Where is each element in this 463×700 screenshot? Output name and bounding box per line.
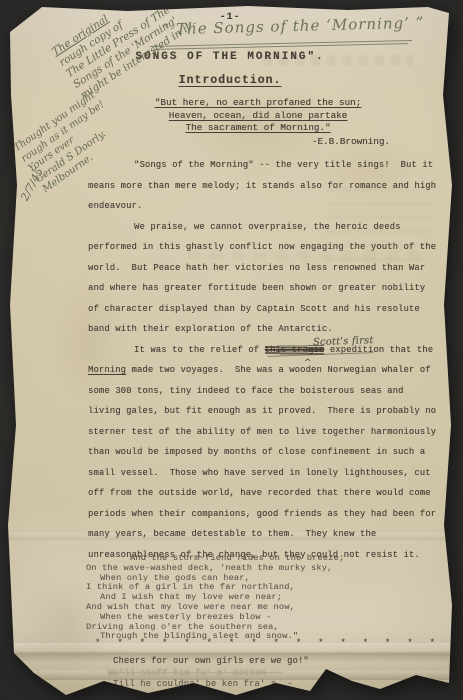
paper-shadow-wrap: -1- “ The Songs of the ‘Morning’ ” SONGS… [0, 0, 463, 700]
epigraph: "But here, no earth profaned the sun; He… [108, 97, 408, 148]
paragraph-1: "Songs of the Morning" -- the very title… [88, 155, 437, 217]
manuscript-edit: Scott's first^this tragic [265, 345, 325, 355]
paragraph-3: It was to the relief of Scott's first^th… [88, 340, 437, 566]
handwritten-insertion: Scott's first [266, 331, 373, 356]
scan-background: -1- “ The Songs of the ‘Morning’ ” SONGS… [0, 0, 463, 700]
paragraph-3-text: It was to the relief of [134, 345, 265, 355]
paragraph-3-text: made two voyages. She was a wooden Norwe… [88, 365, 442, 560]
epigraph-attribution: -E.B.Browning. [108, 136, 408, 149]
footer-line-cheers: Cheers for our own girls ere we go!" [113, 656, 309, 666]
poem-block: And the storm-fiend rides on the breeze;… [86, 554, 416, 642]
epigraph-line: "But here, no earth profaned the sun; [108, 97, 408, 110]
epigraph-line: The sacrament of Morning." [108, 122, 408, 135]
paragraph-2: We praise, we cannot overpraise, the her… [88, 217, 437, 340]
ship-name: Morning [88, 365, 126, 375]
caret-mark: ^ [257, 353, 311, 375]
asterisk-divider: * * * * * * * * * * * * * * * * [95, 638, 435, 648]
footer-line-till: Till he couldna' be ken fra' a - [113, 679, 293, 689]
body-text: "Songs of the Morning" -- the very title… [88, 155, 437, 565]
document-page: -1- “ The Songs of the ‘Morning’ ” SONGS… [8, 5, 452, 695]
epigraph-line: Heaven, ocean, did alone partake [108, 110, 408, 123]
footer-line-faded: We'll stuff him fu' o' cotton -- [108, 668, 282, 678]
